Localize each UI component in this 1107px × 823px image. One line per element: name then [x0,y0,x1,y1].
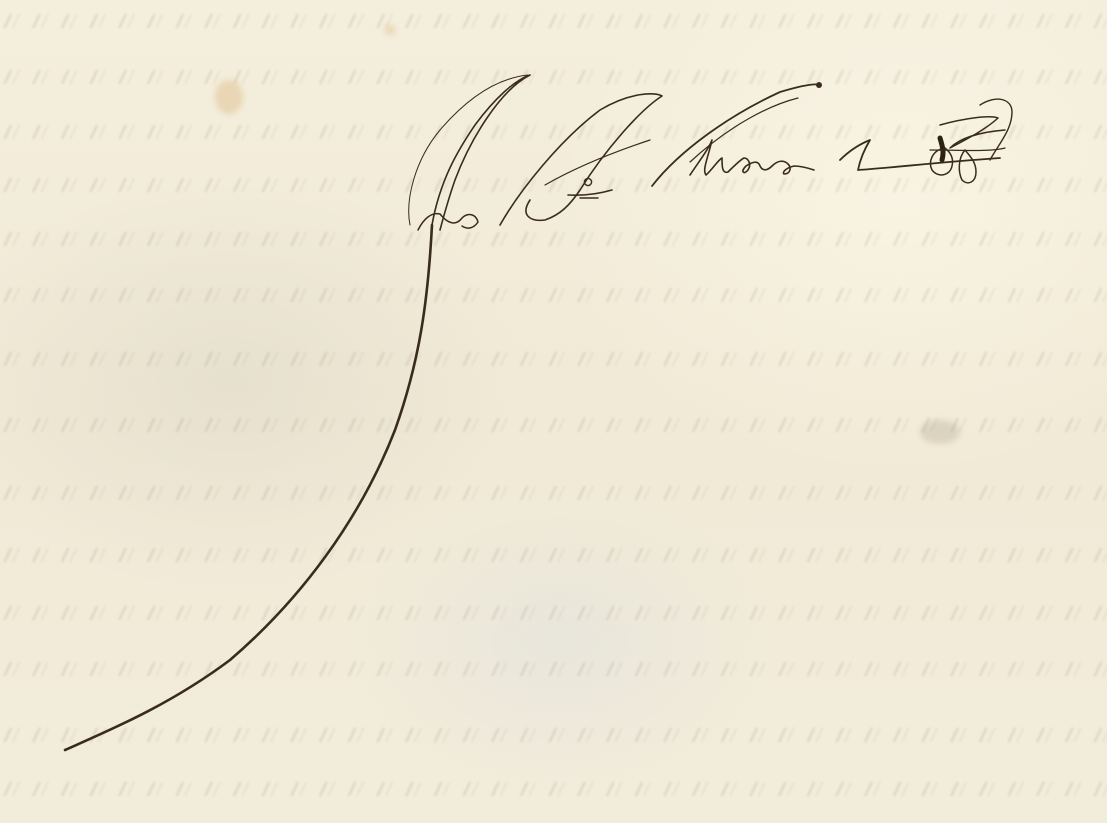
manuscript-page: fr Alº Aluarez Fray Alonso Alvarez [0,0,1107,823]
signature-ink [0,0,1107,823]
